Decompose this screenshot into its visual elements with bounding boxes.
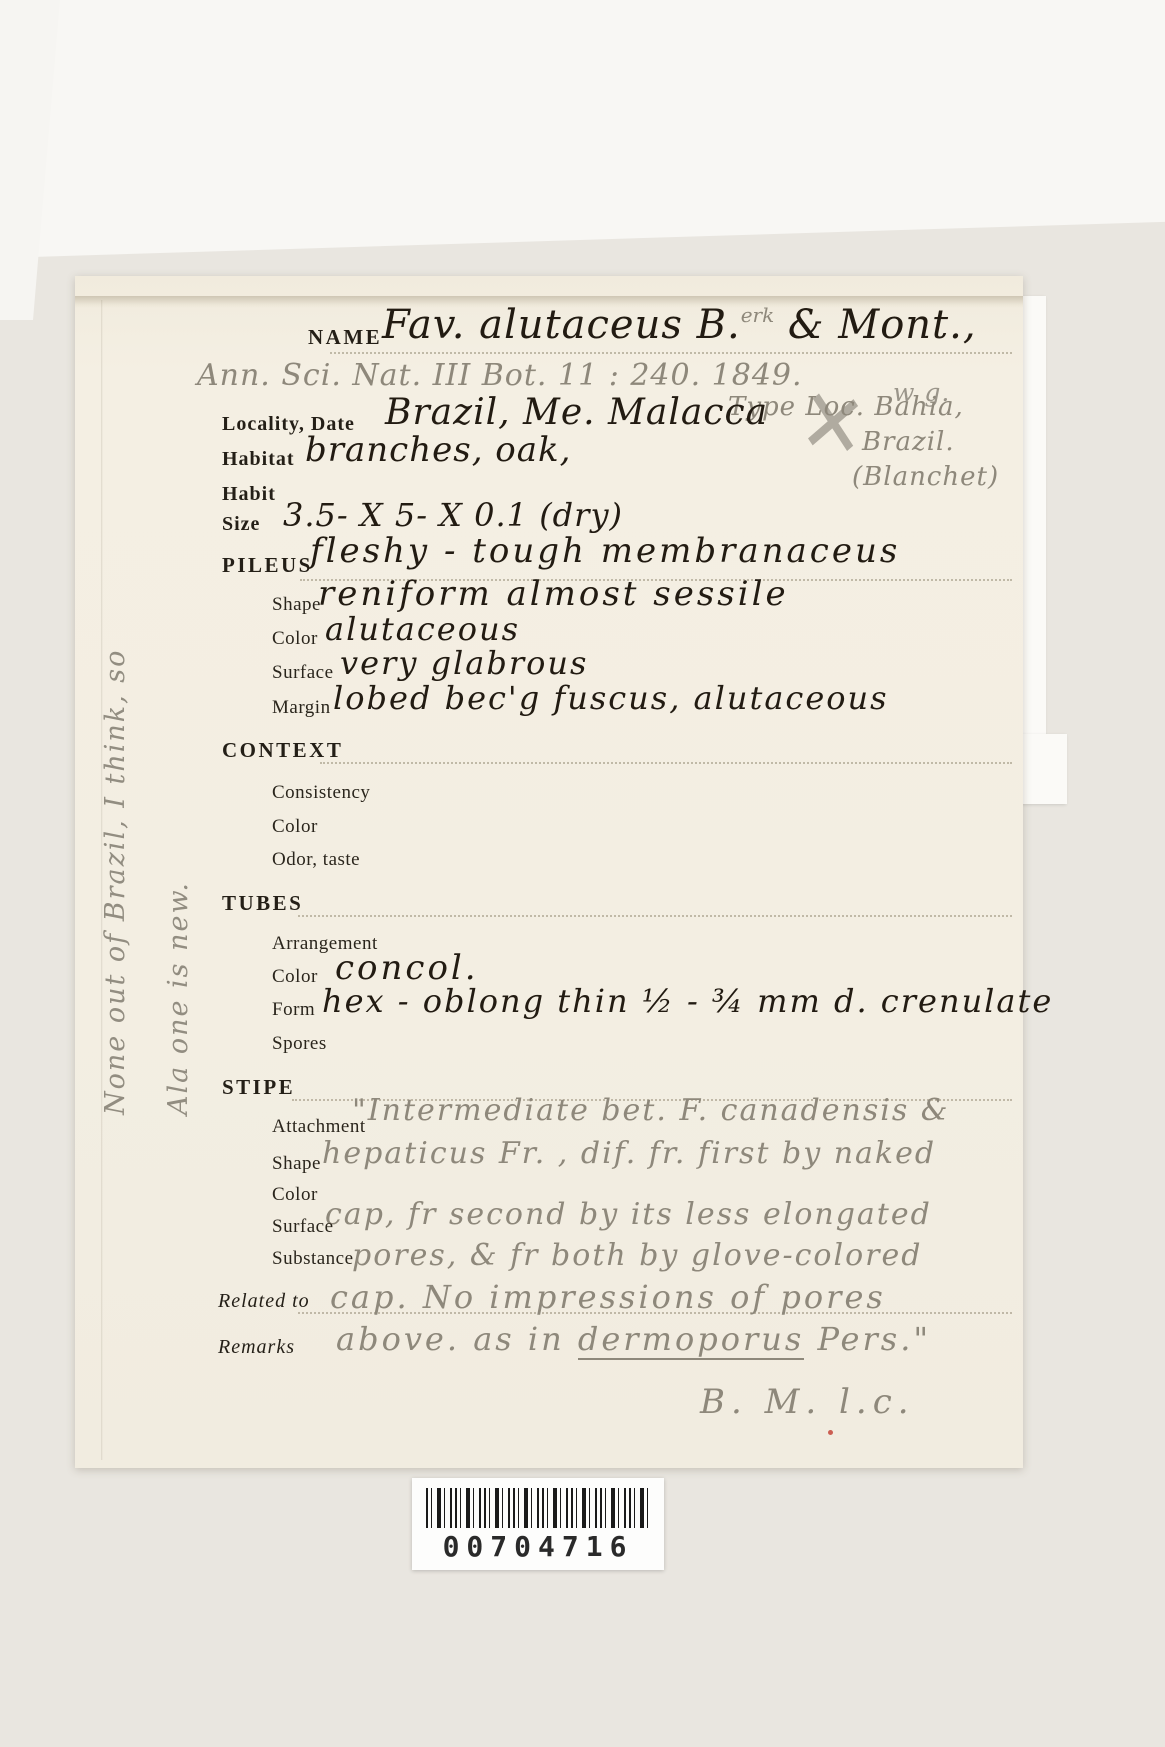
stipe-shape-label: Shape — [272, 1153, 321, 1175]
type-loc-line2: Brazil. — [862, 427, 955, 457]
remarks-underlined-word: dermoporus — [578, 1320, 804, 1360]
citation-pencil-note: Ann. Sci. Nat. III Bot. 11 : 240. 1849. — [197, 358, 803, 393]
tubes-form-label: Form — [272, 999, 315, 1021]
margin-note-line2: Ala one is new. — [163, 881, 194, 1115]
stipe-note-line2: hepaticus Fr. , dif. fr. first by naked — [322, 1136, 936, 1171]
pileus-color-label: Color — [272, 628, 318, 650]
pileus-shape-value: reniform almost sessile — [318, 574, 789, 614]
stipe-note-line3: cap, fr second by its less elongated — [325, 1197, 932, 1232]
context-odor-taste-label: Odor, taste — [272, 849, 360, 871]
pileus-surface-label: Surface — [272, 662, 334, 684]
context-consistency-label: Consistency — [272, 782, 370, 804]
remarks-text-pre: above. as in — [336, 1320, 578, 1358]
barcode-bars — [426, 1488, 650, 1528]
tubes-dotted-line — [298, 915, 1012, 917]
pileus-shape-label: Shape — [272, 594, 321, 616]
stipe-note-line4: pores, & fr both by glove-colored — [352, 1238, 922, 1273]
pileus-margin-label: Margin — [272, 697, 331, 719]
habitat-value: branches, oak, — [305, 430, 571, 470]
remarks-text-post: Pers." — [804, 1320, 931, 1358]
pileus-label: PILEUS — [222, 553, 313, 578]
name-tail: & Mont., — [788, 302, 977, 348]
stipe-label: STIPE — [222, 1075, 295, 1100]
size-label: Size — [222, 513, 260, 536]
red-speck-artifact — [828, 1430, 833, 1435]
stipe-note-line1: "Intermediate bet. F. canadensis & — [352, 1093, 949, 1128]
tubes-spores-label: Spores — [272, 1033, 327, 1055]
stipe-color-label: Color — [272, 1184, 318, 1206]
habit-label: Habit — [222, 483, 276, 506]
attribution-pencil: B. M. l.c. — [700, 1382, 915, 1422]
name-label: NAME — [308, 325, 382, 350]
stipe-note-line5: cap. No impressions of pores — [330, 1278, 886, 1316]
scanner-white-sheet-top — [0, 0, 1165, 258]
type-loc-line3: (Blanchet) — [852, 462, 999, 492]
stipe-surface-label: Surface — [272, 1216, 334, 1238]
habitat-label: Habitat — [222, 448, 295, 471]
stipe-note-line6: above. as in dermoporus Pers." — [336, 1320, 931, 1358]
context-label: CONTEXT — [222, 738, 343, 763]
pileus-value: fleshy - tough membranaceus — [310, 531, 900, 571]
name-main: Fav. alutaceus B. — [382, 302, 741, 348]
size-value: 3.5- X 5- X 0.1 (dry) — [283, 496, 623, 534]
pileus-surface-value: very glabrous — [340, 644, 588, 682]
pileus-color-value: alutaceous — [325, 610, 520, 648]
margin-note-line1: None out of Brazil, I think, so — [100, 649, 131, 1115]
name-pencil-correction: erk — [741, 303, 775, 327]
locality-value: Brazil, Me. Malacca — [385, 392, 768, 433]
name-handwritten-value: Fav. alutaceus B.erk & Mont., — [382, 302, 977, 348]
related-to-label: Related to — [218, 1290, 310, 1313]
white-paper-piece-right — [1019, 734, 1067, 804]
tubes-label: TUBES — [222, 891, 303, 916]
barcode-label: 00704716 — [412, 1478, 664, 1570]
context-dotted-line — [320, 762, 1012, 764]
barcode-number: 00704716 — [412, 1530, 664, 1563]
tubes-form-value: hex - oblong thin ½ - ¾ mm d. crenulate — [322, 982, 1053, 1020]
pileus-margin-value: lobed bec'g fuscus, alutaceous — [333, 679, 889, 717]
remarks-label: Remarks — [218, 1336, 295, 1359]
context-color-label: Color — [272, 816, 318, 838]
tubes-color-label: Color — [272, 966, 318, 988]
name-dotted-line — [330, 352, 1012, 354]
stipe-substance-label: Substance — [272, 1248, 354, 1270]
